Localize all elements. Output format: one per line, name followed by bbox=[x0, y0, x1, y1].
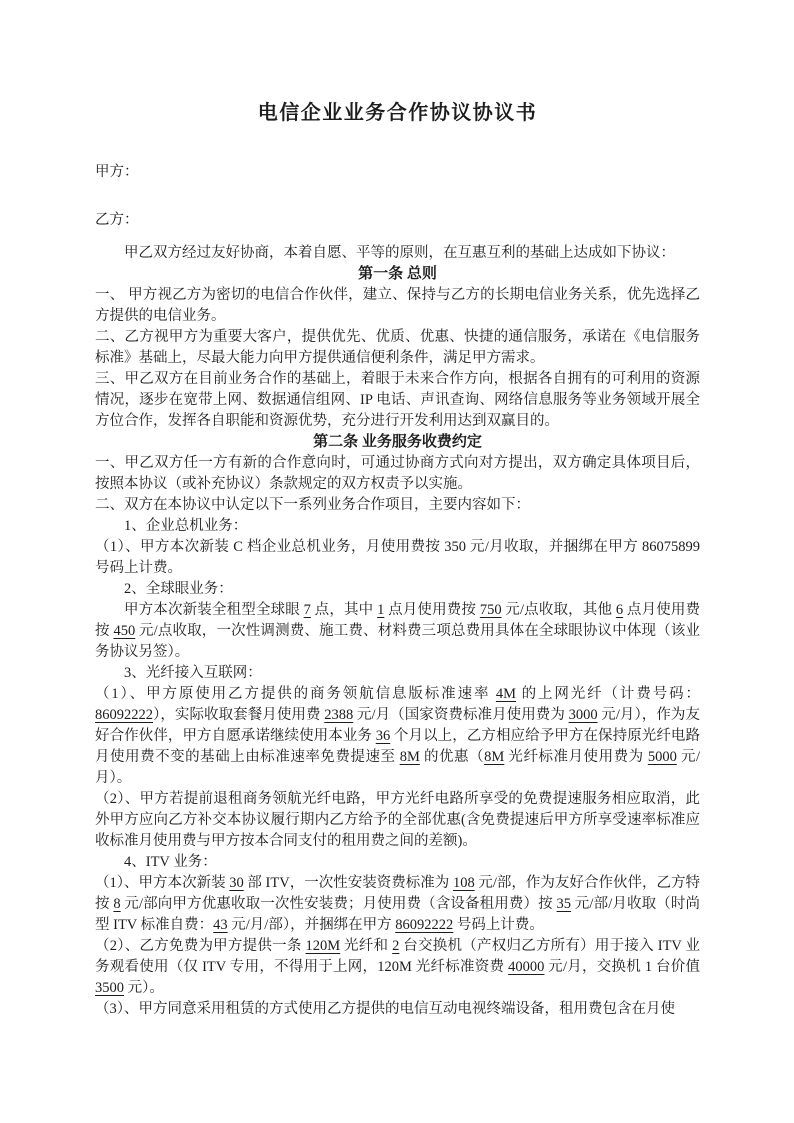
underlined-value: 8M bbox=[484, 749, 504, 765]
underlined-value: 35 bbox=[557, 896, 572, 912]
paragraph: 三、甲乙双方在目前业务合作的基础上，着眼于未来合作方向，根据各自拥有的可利用的资… bbox=[95, 369, 700, 432]
underlined-value: 3000 bbox=[569, 707, 598, 723]
text-segment: 3、光纤接入互联网： bbox=[124, 665, 262, 681]
text-segment: 点，其中 bbox=[311, 602, 377, 618]
text-segment: 第一条 总则 bbox=[358, 266, 437, 282]
document-page: 电信企业业务合作协议协议书 甲方： 乙方： 甲乙双方经过友好协商，本着自愿、平等… bbox=[0, 0, 794, 1123]
underlined-value: 120M bbox=[306, 938, 341, 954]
text-segment: 三、甲乙双方在目前业务合作的基础上，着眼于未来合作方向，根据各自拥有的可利用的资… bbox=[95, 371, 700, 429]
paragraph: （2）、乙方免费为甲方提供一条 120M 光纤和 2 台交换机（产权归乙方所有）… bbox=[95, 936, 700, 999]
text-segment: ），实际收取套餐月使用费 bbox=[153, 707, 324, 723]
paragraph: 甲方本次新装全租型全球眼 7 点，其中 1 点月使用费按 750 元/点收取，其… bbox=[95, 600, 700, 663]
paragraph: （1）、甲方本次新装 30 部 ITV，一次性安装资费标准为 108 元/部，作… bbox=[95, 873, 700, 936]
text-segment: （1）、甲方本次新装 C 档企业总机业务，月使用费按 350 元/月收取，并捆绑… bbox=[95, 539, 700, 576]
paragraph: 1、企业总机业务： bbox=[95, 516, 700, 537]
text-segment: 元/部向甲方优惠收取一次性安装费；月使用费（含设备租用费）按 bbox=[121, 896, 557, 912]
text-segment: 1、企业总机业务： bbox=[124, 518, 247, 534]
text-segment: 的优惠（ bbox=[420, 749, 484, 765]
text-segment: 第二条 业务服务收费约定 bbox=[313, 434, 482, 450]
underlined-value: 450 bbox=[113, 623, 135, 639]
paragraph: 二、双方在本协议中认定以下一系列业务合作项目，主要内容如下： bbox=[95, 495, 700, 516]
text-segment: 号码上计费。 bbox=[453, 917, 544, 933]
text-segment: （1）、甲方原使用乙方提供的商务领航信息版标准速率 bbox=[95, 686, 496, 702]
text-segment: 2、全球眼业务： bbox=[124, 581, 233, 597]
party-b-label: 乙方： bbox=[95, 210, 700, 231]
underlined-value: 8M bbox=[400, 749, 420, 765]
text-segment: 一、 甲方视乙方为密切的电信合作伙伴，建立、保持与乙方的长期电信业务关系，优先选… bbox=[95, 287, 700, 324]
paragraph: 4、ITV 业务： bbox=[95, 852, 700, 873]
text-segment: 甲乙双方经过友好协商，本着自愿、平等的原则，在互惠互利的基础上达成如下协议： bbox=[124, 245, 675, 261]
paragraph: （3）、甲方同意采用租赁的方式使用乙方提供的电信互动电视终端设备，租用费包含在月… bbox=[95, 999, 700, 1020]
text-segment: （1）、甲方本次新装 bbox=[95, 875, 229, 891]
underlined-value: 86092222 bbox=[95, 707, 153, 723]
underlined-value: 30 bbox=[229, 875, 244, 891]
paragraph: （1）、甲方原使用乙方提供的商务领航信息版标准速率 4M 的上网光纤（计费号码：… bbox=[95, 684, 700, 789]
underlined-value: 36 bbox=[376, 728, 391, 744]
text-segment: 元/点收取，其他 bbox=[502, 602, 616, 618]
text-segment: 二、乙方视甲方为重要大客户，提供优先、优质、优惠、快捷的通信服务，承诺在《电信服… bbox=[95, 329, 700, 366]
text-segment: 甲方本次新装全租型全球眼 bbox=[124, 602, 304, 618]
underlined-value: 86092222 bbox=[395, 917, 453, 933]
underlined-value: 750 bbox=[480, 602, 502, 618]
text-segment: 元/月/部），并捆绑在甲方 bbox=[228, 917, 396, 933]
paragraph: （2）、甲方若提前退租商务领航光纤电路，甲方光纤电路所享受的免费提速服务相应取消… bbox=[95, 789, 700, 852]
paragraph: 一、甲乙双方任一方有新的合作意向时，可通过协商方式向对方提出，双方确定具体项目后… bbox=[95, 453, 700, 495]
underlined-value: 2388 bbox=[324, 707, 353, 723]
text-segment: 光纤和 bbox=[340, 938, 392, 954]
underlined-value: 7 bbox=[304, 602, 311, 618]
paragraph: 2、全球眼业务： bbox=[95, 579, 700, 600]
underlined-value: 8 bbox=[113, 896, 120, 912]
party-a-label: 甲方： bbox=[95, 162, 700, 183]
text-segment: 元/月，交换机 1 台价值 bbox=[544, 959, 700, 975]
underlined-value: 40000 bbox=[508, 959, 544, 975]
section-heading: 第二条 业务服务收费约定 bbox=[95, 432, 700, 453]
text-segment: （2）、甲方若提前退租商务领航光纤电路，甲方光纤电路所享受的免费提速服务相应取消… bbox=[95, 791, 700, 849]
section-heading: 第一条 总则 bbox=[95, 264, 700, 285]
text-segment: （3）、甲方同意采用租赁的方式使用乙方提供的电信互动电视终端设备，租用费包含在月… bbox=[95, 1001, 675, 1017]
text-segment: （2）、乙方免费为甲方提供一条 bbox=[95, 938, 306, 954]
text-segment: 部 ITV，一次性安装资费标准为 bbox=[244, 875, 453, 891]
text-segment: 元）。 bbox=[124, 980, 164, 996]
underlined-value: 5000 bbox=[648, 749, 677, 765]
paragraph: 甲乙双方经过友好协商，本着自愿、平等的原则，在互惠互利的基础上达成如下协议： bbox=[95, 243, 700, 264]
text-segment: 光纤标准月使用费为 bbox=[504, 749, 648, 765]
underlined-value: 43 bbox=[213, 917, 228, 933]
document-title: 电信企业业务合作协议协议书 bbox=[95, 98, 700, 128]
paragraph: 3、光纤接入互联网： bbox=[95, 663, 700, 684]
paragraph: 二、乙方视甲方为重要大客户，提供优先、优质、优惠、快捷的通信服务，承诺在《电信服… bbox=[95, 327, 700, 369]
underlined-value: 4M bbox=[496, 686, 516, 702]
text-segment: 二、双方在本协议中认定以下一系列业务合作项目，主要内容如下： bbox=[95, 497, 530, 513]
text-segment: 一、甲乙双方任一方有新的合作意向时，可通过协商方式向对方提出，双方确定具体项目后… bbox=[95, 455, 700, 492]
underlined-value: 108 bbox=[453, 875, 475, 891]
text-segment: 点月使用费按 bbox=[384, 602, 479, 618]
text-segment: 4、ITV 业务： bbox=[124, 854, 217, 870]
text-segment: 的上网光纤（计费号码： bbox=[516, 686, 700, 702]
document-body: 甲乙双方经过友好协商，本着自愿、平等的原则，在互惠互利的基础上达成如下协议：第一… bbox=[95, 243, 700, 1020]
underlined-value: 3500 bbox=[95, 980, 124, 996]
paragraph: 一、 甲方视乙方为密切的电信合作伙伴，建立、保持与乙方的长期电信业务关系，优先选… bbox=[95, 285, 700, 327]
text-segment: 元/月（国家资费标准月使用费为 bbox=[353, 707, 568, 723]
paragraph: （1）、甲方本次新装 C 档企业总机业务，月使用费按 350 元/月收取，并捆绑… bbox=[95, 537, 700, 579]
text-segment: 元/点收取，一次性调测费、施工费、材料费三项总费用具体在全球眼协议中体现（该业务… bbox=[95, 623, 700, 660]
